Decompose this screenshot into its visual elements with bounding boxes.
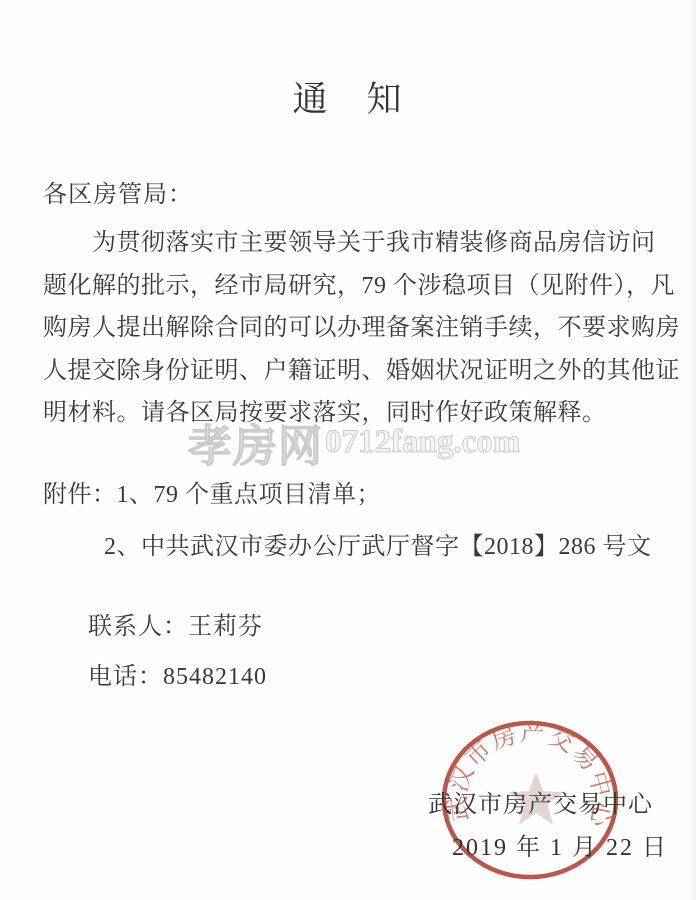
salutation: 各区房管局： — [43, 174, 193, 209]
body-line: 为贯彻落实市主要领导关于我市精装修商品房信访问 — [43, 222, 661, 265]
body-line: 人提交除身份证明、户籍证明、婚姻状况证明之外的其他证 — [43, 350, 661, 393]
attachment-1-text: 1、79 个重点项目清单； — [117, 482, 382, 508]
body-line: 明材料。请各区局按要求落实，同时作好政策解释。 — [43, 392, 661, 435]
body-line: 题化解的批示，经市局研究，79 个涉稳项目（见附件），凡 — [43, 265, 661, 308]
body-paragraph: 为贯彻落实市主要领导关于我市精装修商品房信访问 题化解的批示，经市局研究，79 … — [43, 222, 661, 435]
signature-organization: 武汉市房产交易中心 — [428, 784, 653, 819]
contact-block: 联系人：王莉芬 电话：85482140 — [88, 606, 267, 691]
body-line: 购房人提出解除合同的可以办理备案注销手续，不要求购房 — [43, 307, 661, 350]
contact-phone-number: 85482140 — [163, 664, 267, 690]
attachment-item-1: 附件：1、79 个重点项目清单； — [43, 474, 652, 509]
attachment-item-2: 2、中共武汉市委办公厅武厅督字【2018】286 号文 — [104, 526, 652, 561]
document-page: 通 知 各区房管局： 为贯彻落实市主要领导关于我市精装修商品房信访问 题化解的批… — [0, 0, 696, 900]
contact-person-name: 王莉芬 — [188, 614, 263, 640]
contact-phone-label: 电话： — [88, 664, 163, 690]
attachments-label: 附件： — [43, 482, 117, 508]
contact-phone-line: 电话：85482140 — [88, 656, 267, 691]
signature-date: 2019 年 1 月 22 日 — [452, 827, 668, 862]
document-title: 通 知 — [0, 72, 696, 122]
contact-person-line: 联系人：王莉芬 — [88, 606, 267, 641]
contact-person-label: 联系人： — [88, 614, 188, 640]
attachments-block: 附件：1、79 个重点项目清单； 2、中共武汉市委办公厅武厅督字【2018】28… — [43, 474, 652, 561]
